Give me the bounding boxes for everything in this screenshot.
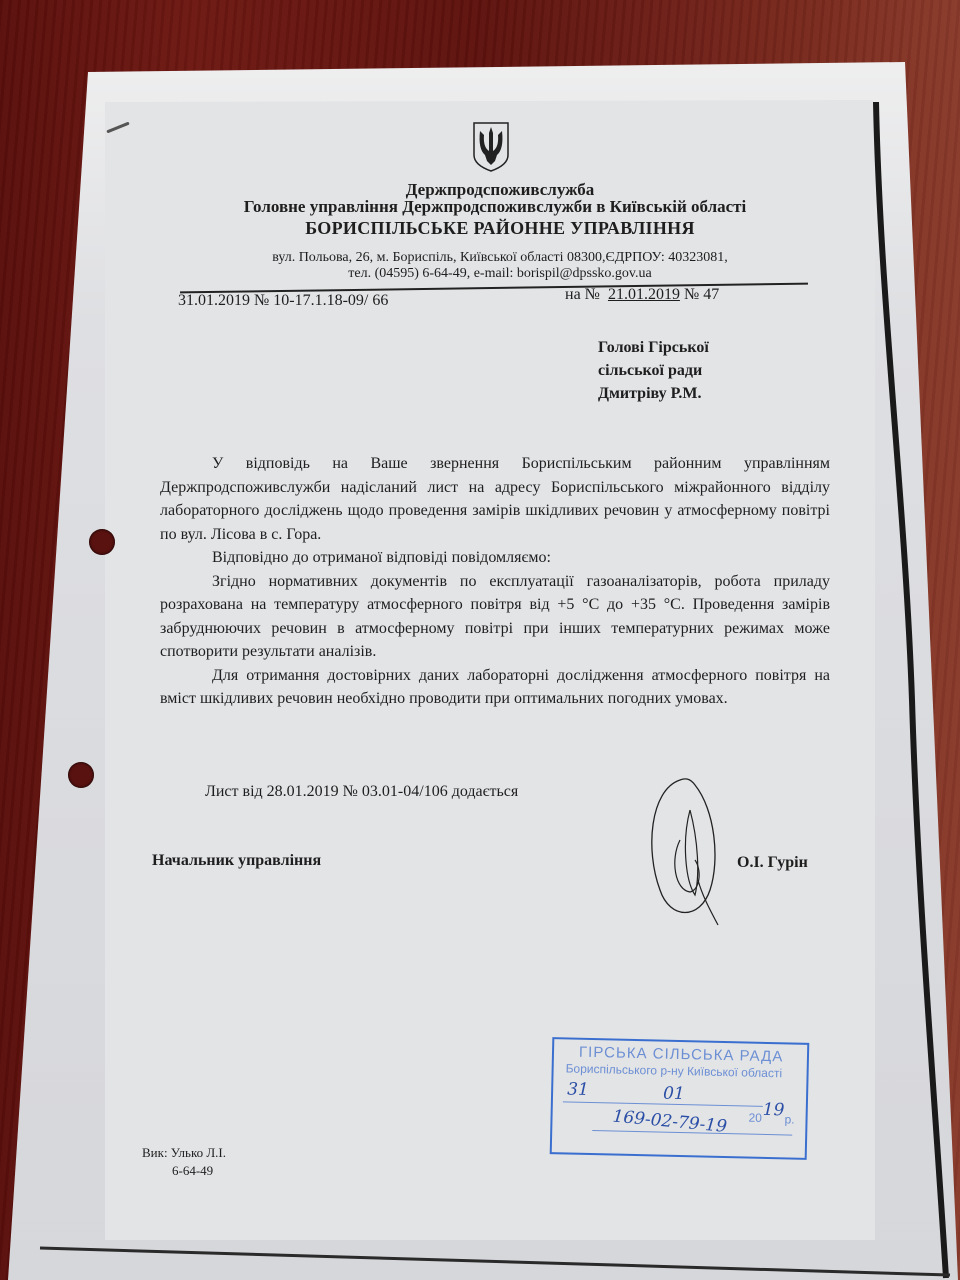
- body-paragraph-2: Відповідно до отриманої відповіді повідо…: [160, 546, 830, 570]
- handwritten-signature-icon: [640, 770, 760, 930]
- signer-name: О.І. Гурін: [737, 854, 808, 872]
- punch-hole-top: [68, 762, 94, 788]
- recipient-block: Голові Гірської сільської ради Дмитріву …: [598, 336, 709, 405]
- stamp-year-unit: р.: [784, 1112, 794, 1126]
- body-paragraph-1: У відповідь на Ваше звернення Бориспільс…: [160, 452, 830, 546]
- attachment-note: Лист від 28.01.2019 № 03.01-04/106 додає…: [205, 783, 518, 801]
- department-name: Головне управління Держпродспоживслужби …: [195, 197, 795, 217]
- executor-name: Вик: Улько Л.І.: [142, 1144, 226, 1162]
- executor-info: Вик: Улько Л.І. 6-64-49: [142, 1144, 226, 1180]
- stamp-year-suffix: 19: [763, 1100, 785, 1120]
- signer-title: Начальник управління: [152, 852, 321, 870]
- body-paragraph-3: Згідно нормативних документів по експлуа…: [160, 570, 830, 664]
- letter-body: У відповідь на Ваше звернення Бориспільс…: [160, 452, 830, 711]
- executor-phone: 6-64-49: [142, 1162, 226, 1180]
- punch-hole: [89, 529, 115, 555]
- trident-emblem-icon: [471, 121, 511, 173]
- address-line: вул. Польова, 26, м. Бориспіль, Київсько…: [200, 250, 800, 266]
- incoming-reference: на № 21.01.2019 № 47: [565, 286, 719, 304]
- registration-stamp: ГІРСЬКА СІЛЬСЬКА РАДА Бориспільського р-…: [550, 1037, 810, 1160]
- recipient-line-3: Дмитріву Р.М.: [598, 382, 709, 405]
- recipient-line-1: Голові Гірської: [598, 336, 709, 359]
- office-name: БОРИСПІЛЬСЬКЕ РАЙОННЕ УПРАВЛІННЯ: [200, 218, 800, 239]
- contact-line: тел. (04595) 6-64-49, e-mail: borispil@d…: [200, 266, 800, 282]
- stamp-month: 01: [663, 1084, 685, 1104]
- outgoing-reference: 31.01.2019 № 10-17.1.18-09/ 66: [178, 292, 388, 310]
- stamp-year-prefix: 20: [748, 1111, 762, 1125]
- body-paragraph-4: Для отримання достовірних даних лаборато…: [160, 664, 830, 711]
- incoming-date: 21.01.2019: [608, 286, 680, 303]
- recipient-line-2: сільської ради: [598, 359, 709, 382]
- incoming-prefix: на №: [565, 286, 600, 303]
- stamp-day: 31: [567, 1079, 589, 1099]
- incoming-number: № 47: [684, 286, 719, 303]
